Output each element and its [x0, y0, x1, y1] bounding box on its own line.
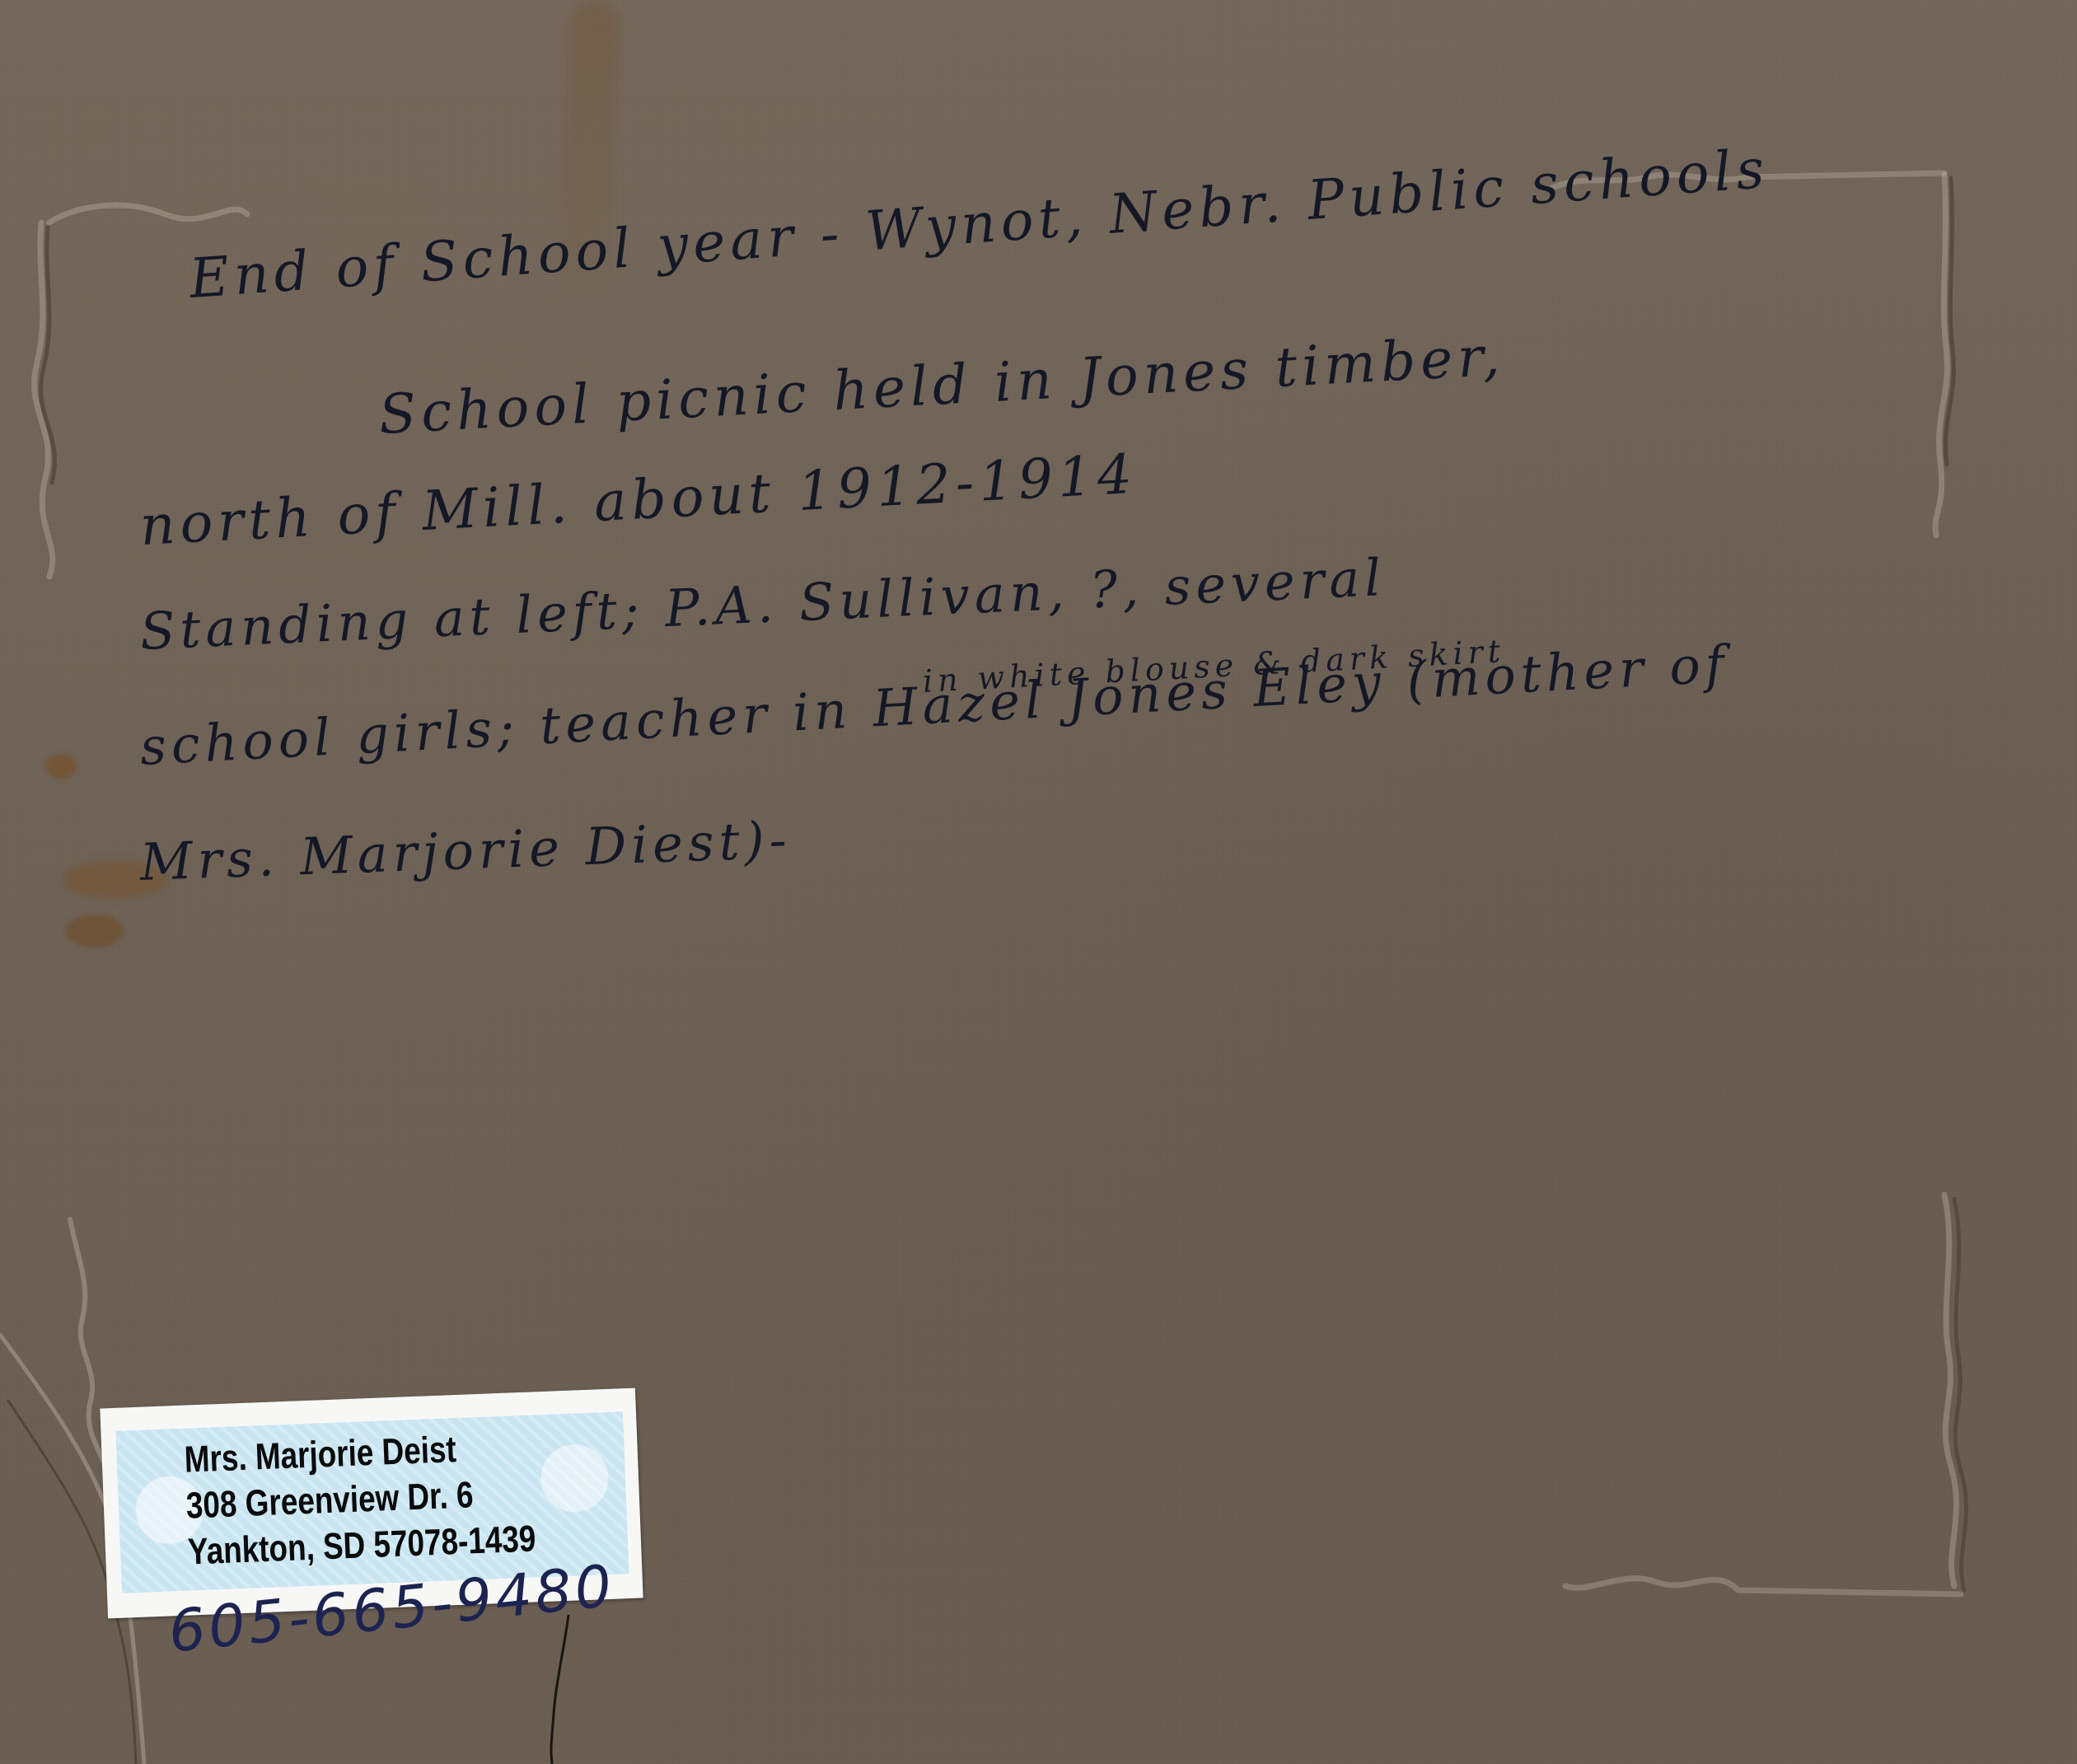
paper-crack	[544, 1615, 577, 1764]
inscription-line: school girls; teacher in Hazel Jones Ele…	[138, 634, 1730, 777]
stain-spot	[45, 754, 77, 779]
inscription-line: north of Mill. about 1912-1914	[138, 442, 1139, 558]
inscription-line: Mrs. Marjorie Diest)-	[139, 809, 793, 892]
photo-back-card: End of School year - Wynot, Nebr. Public…	[0, 0, 2077, 1764]
address-text: Mrs. Marjorie Deist 308 Greenview Dr. 6 …	[184, 1423, 537, 1574]
stain-spot	[66, 915, 124, 948]
inscription-line: End of School year - Wynot, Nebr. Public…	[187, 137, 1771, 311]
inscription-line: Standing at left; P.A. Sullivan, ?, seve…	[138, 547, 1387, 662]
inscription-line: School picnic held in Jones timber,	[377, 324, 1506, 446]
